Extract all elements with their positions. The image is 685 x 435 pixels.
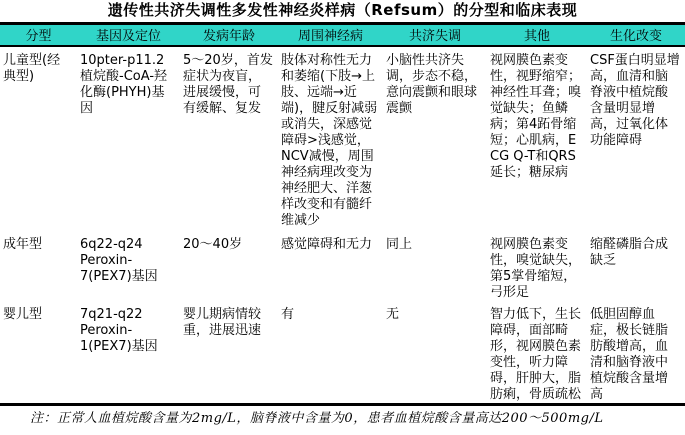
column-header-gene-locus: 基因及定位 (77, 24, 180, 46)
table-cell: 低胆固醇血症，极长链脂肪酸增高，血清和脑脊液中植烷酸含量增高 (587, 301, 685, 405)
table-cell: 5～20岁，首发症状为夜盲，进展缓慢，可有缓解、复发 (180, 46, 278, 231)
page-title: 遗传性共济失调性多发性神经炎样病（Refsum）的分型和临床表现 (0, 0, 685, 22)
table-cell: 智力低下，生长障碍，面部畸形，视网膜色素变性，听力障碍，肝肿大，脂肪痢，骨质疏松 (487, 301, 587, 405)
table-cell: 10pter-p11.2 植烷酸-CoA-羟化酶(PHYH)基因 (77, 46, 180, 231)
table-cell: 20～40岁 (180, 231, 278, 301)
table-cell: 缩醛磷脂合成缺乏 (587, 231, 685, 301)
table-cell: 成年型 (0, 231, 77, 301)
column-header-type: 分型 (0, 24, 77, 46)
table-cell: 感觉障碍和无力 (278, 231, 383, 301)
table-cell: 小脑性共济失调，步态不稳，意向震颤和眼球震颤 (383, 46, 487, 231)
table-cell: 儿童型(经典型) (0, 46, 77, 231)
table-cell: 7q21-q22 Peroxin- 1(PEX7)基因 (77, 301, 180, 405)
table-cell: 有 (278, 301, 383, 405)
table-cell: 视网膜色素变性，视野缩窄；神经性耳聋；嗅觉缺失；鱼鳞病；第4跖骨缩短；心肌病，E… (487, 46, 587, 231)
table-row-infant-type: 婴儿型 7q21-q22 Peroxin- 1(PEX7)基因 婴儿期病情较重，… (0, 301, 685, 405)
column-header-peripheral-neuropathy: 周围神经病 (278, 24, 383, 46)
column-header-biochemical-changes: 生化改变 (587, 24, 685, 46)
table-cell: 同上 (383, 231, 487, 301)
table-cell: CSF蛋白明显增高，血清和脑脊液中植烷酸含量明显增高，过氧化体功能障碍 (587, 46, 685, 231)
column-header-other: 其他 (487, 24, 587, 46)
footnote: 注：正常人血植烷酸含量为2mg/L，脑脊液中含量为0，患者血植烷酸含量高达200… (0, 406, 685, 427)
table-cell: 6q22-q24 Peroxin- 7(PEX7)基因 (77, 231, 180, 301)
refsum-classification-table: 分型 基因及定位 发病年龄 周围神经病 共济失调 其他 生化改变 儿童型(经典型… (0, 22, 685, 406)
table-cell: 无 (383, 301, 487, 405)
column-header-onset-age: 发病年龄 (180, 24, 278, 46)
table-cell: 视网膜色素变性，嗅觉缺失，第5掌骨缩短，弓形足 (487, 231, 587, 301)
header-row: 分型 基因及定位 发病年龄 周围神经病 共济失调 其他 生化改变 (0, 24, 685, 46)
table-cell: 婴儿期病情较重，进展迅速 (180, 301, 278, 405)
table-row-childhood-type: 儿童型(经典型) 10pter-p11.2 植烷酸-CoA-羟化酶(PHYH)基… (0, 46, 685, 231)
table-cell: 肢体对称性无力和萎缩(下肢→上肢、远端→近端)，腱反射减弱或消失，深感觉障碍>浅… (278, 46, 383, 231)
refsum-classification-page: 遗传性共济失调性多发性神经炎样病（Refsum）的分型和临床表现 分型 基因及定… (0, 0, 685, 435)
table-row-adult-type: 成年型 6q22-q24 Peroxin- 7(PEX7)基因 20～40岁 感… (0, 231, 685, 301)
column-header-ataxia: 共济失调 (383, 24, 487, 46)
table-cell: 婴儿型 (0, 301, 77, 405)
